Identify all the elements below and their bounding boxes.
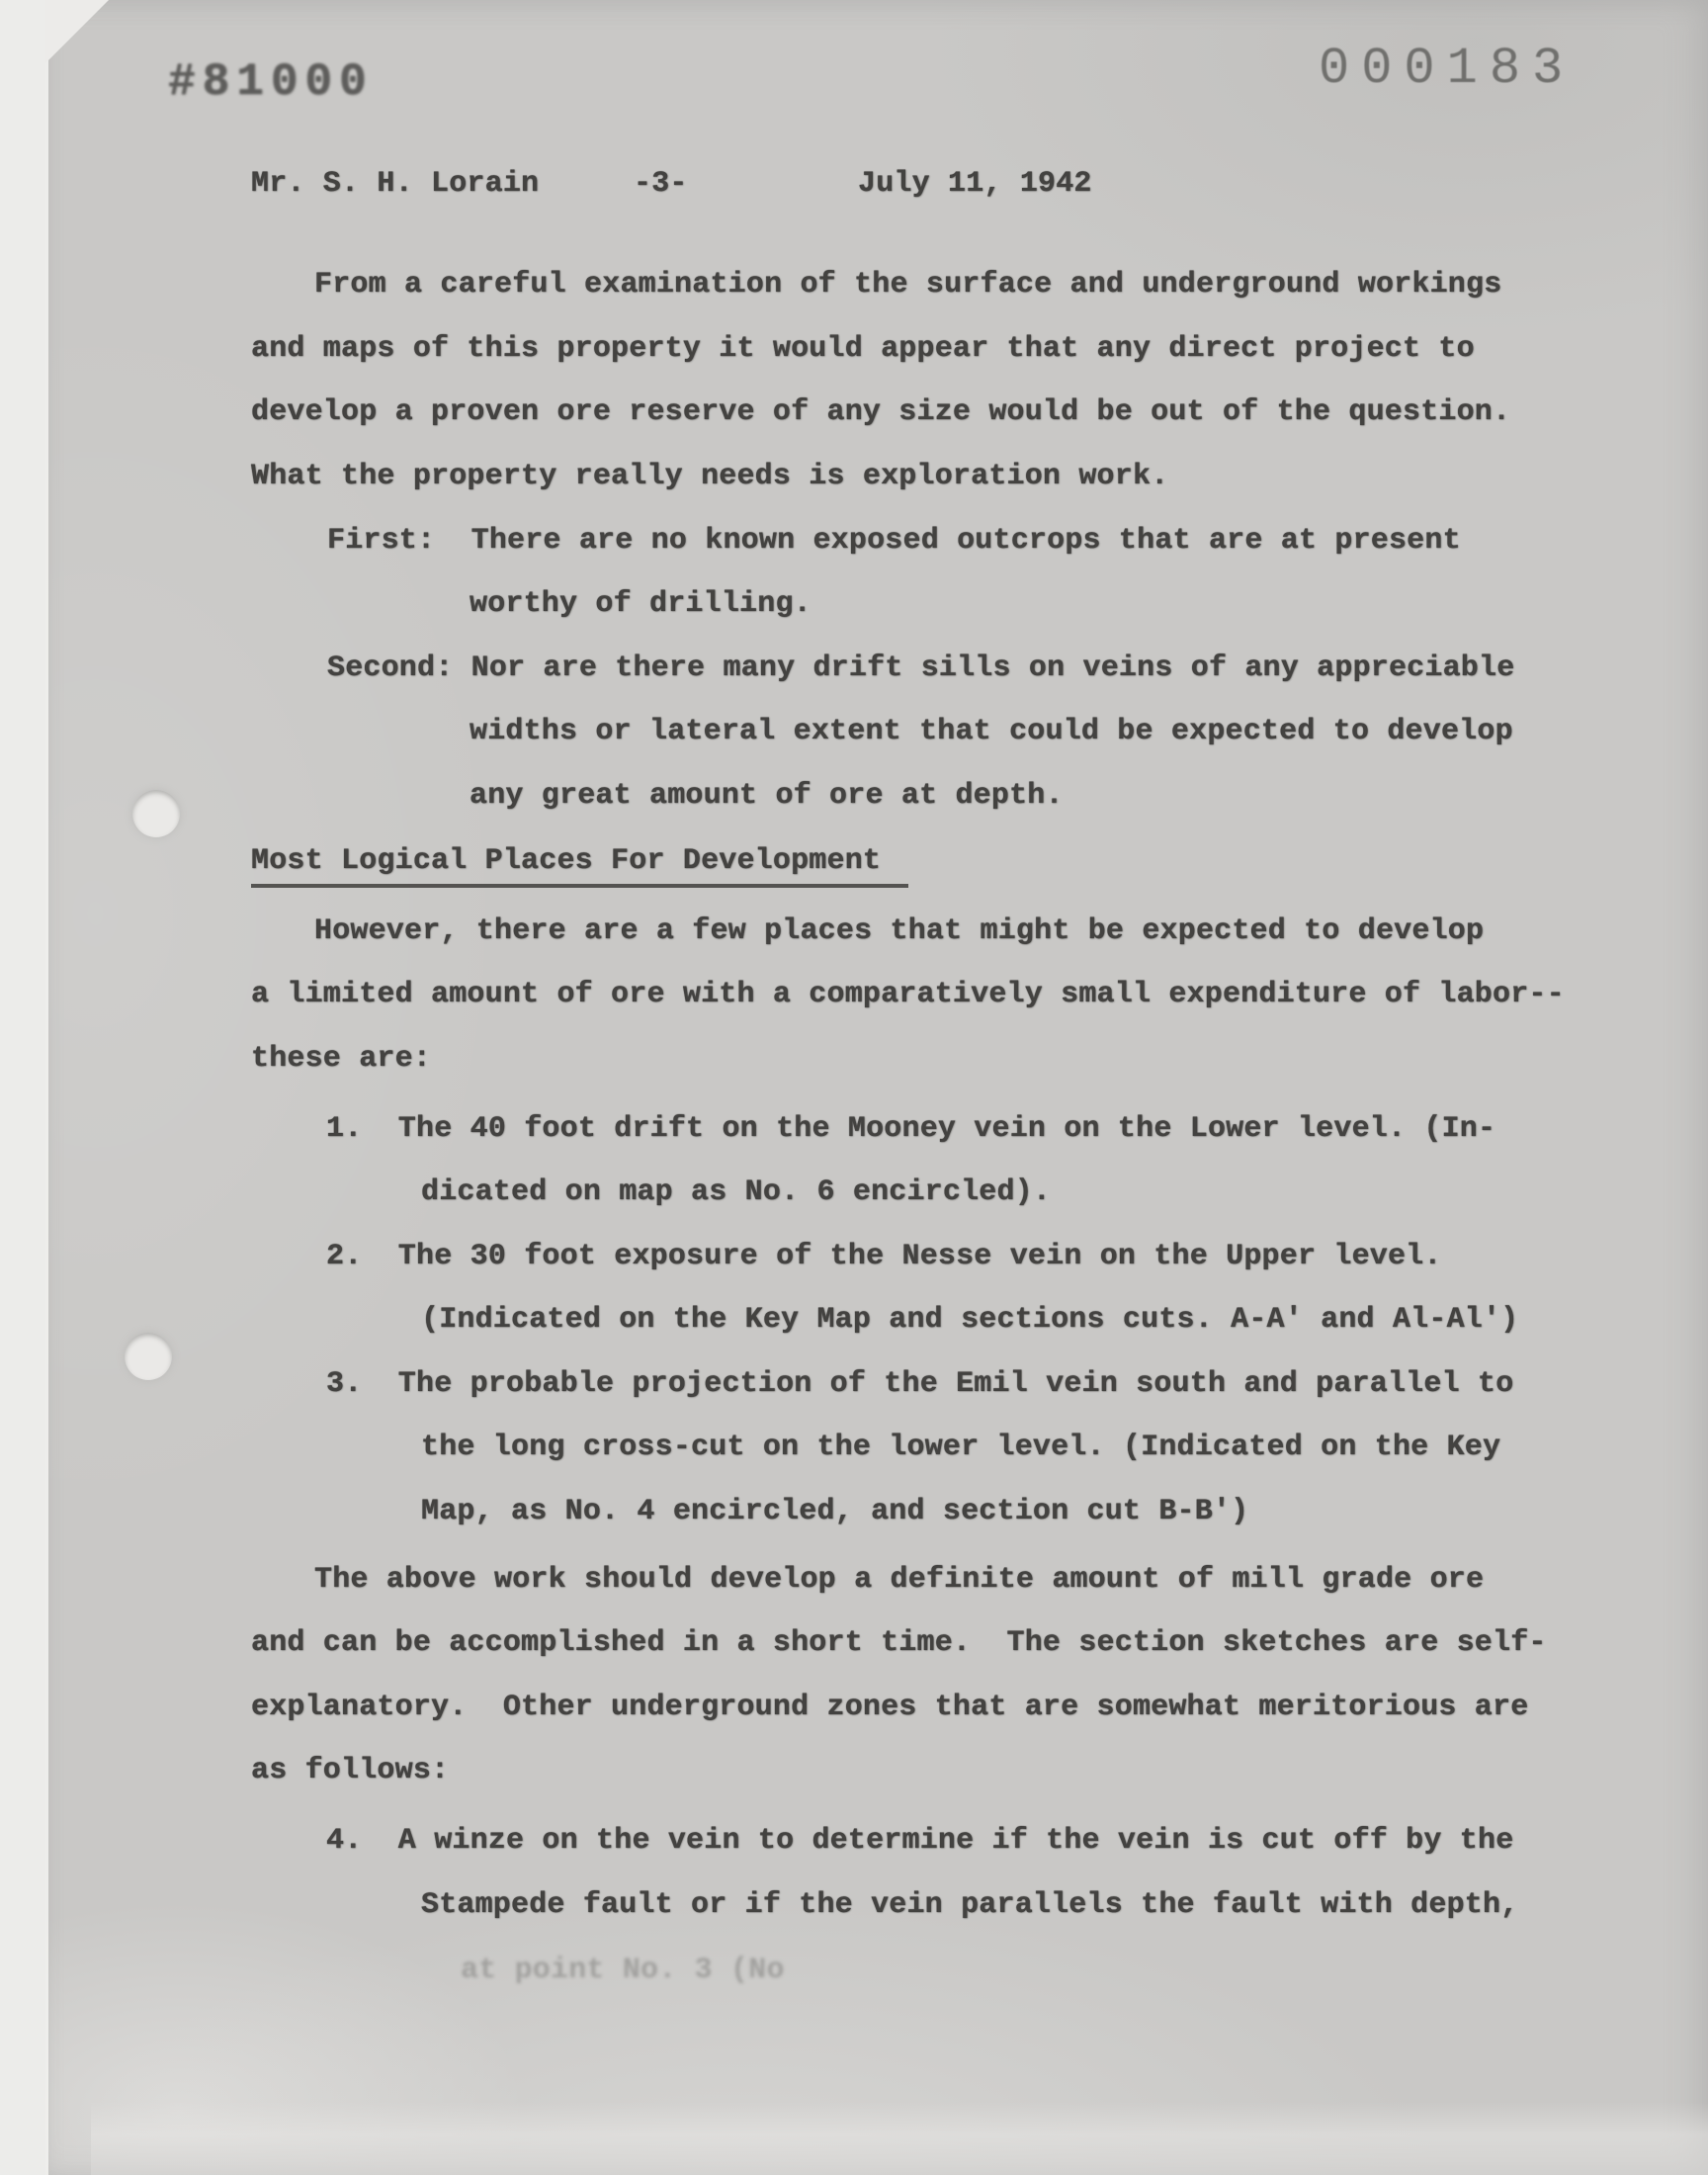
typed-line: However, there are a few places that mig… [314, 913, 1484, 949]
typed-line: the long cross-cut on the lower level. (… [421, 1430, 1500, 1465]
typed-line: dicated on map as No. 6 encircled). [421, 1174, 1051, 1210]
typed-line: widths or lateral extent that could be e… [470, 714, 1513, 749]
scanned-document-page: { "page": { "width": 1728, "height": 220… [0, 0, 1708, 2175]
ghost-line: at point No. 3 (No [461, 1953, 785, 1988]
typed-line: a limited amount of ore with a comparati… [251, 977, 1565, 1012]
typed-line: explanatory. Other underground zones tha… [251, 1690, 1528, 1725]
typed-line: From a careful examination of the surfac… [314, 267, 1501, 303]
typed-line: Second: Nor are there many drift sills o… [327, 651, 1514, 686]
typed-line: 3. The probable projection of the Emil v… [326, 1366, 1513, 1402]
typed-line: 4. A winze on the vein to determine if t… [326, 1823, 1513, 1859]
typed-line: 2. The 30 foot exposure of the Nesse vei… [326, 1239, 1442, 1274]
typed-line: worthy of drilling. [470, 586, 811, 622]
typed-line: and maps of this property it would appea… [251, 331, 1475, 367]
paper-bottom-edge [91, 2102, 1708, 2175]
typed-line: develop a proven ore reserve of any size… [251, 394, 1510, 430]
header-page-number: -3- [634, 166, 688, 202]
hole-punch [125, 1333, 172, 1380]
paper: #81000 000183 Mr. S. H. Lorain -3- July … [45, 0, 1708, 2175]
typed-line: Stampede fault or if the vein parallels … [421, 1887, 1518, 1923]
page-id-stamp: 000183 [1319, 40, 1575, 98]
hole-punch [132, 790, 180, 837]
scanner-corner-wedge [45, 0, 109, 63]
typed-line: these are: [251, 1041, 431, 1077]
typed-line: The above work should develop a definite… [314, 1562, 1484, 1598]
header-date: July 11, 1942 [858, 166, 1092, 202]
typed-line: (Indicated on the Key Map and sections c… [421, 1302, 1518, 1338]
faint-number-stamp: #81000 [168, 55, 374, 110]
typed-line: any great amount of ore at depth. [470, 778, 1064, 814]
typed-line: as follows: [251, 1753, 449, 1788]
section-heading: Most Logical Places For Development [251, 843, 908, 888]
typed-line: 1. The 40 foot drift on the Mooney vein … [326, 1111, 1495, 1147]
typed-line: First: There are no known exposed outcro… [327, 523, 1461, 559]
typed-line: What the property really needs is explor… [251, 459, 1168, 494]
header-recipient: Mr. S. H. Lorain [251, 166, 539, 202]
typed-line: Map, as No. 4 encircled, and section cut… [421, 1494, 1248, 1529]
typed-line: and can be accomplished in a short time.… [251, 1625, 1547, 1661]
